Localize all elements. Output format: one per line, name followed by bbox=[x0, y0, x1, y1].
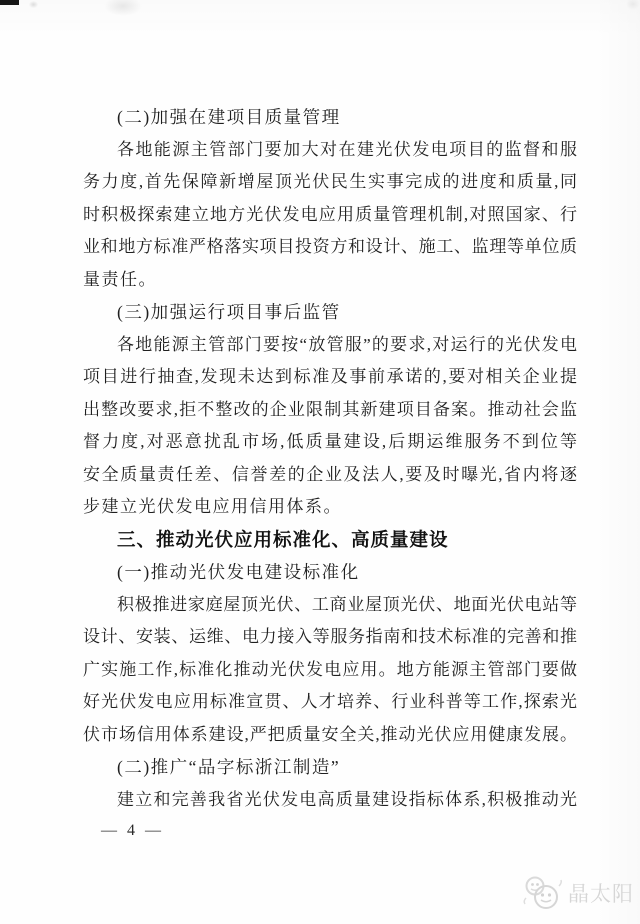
text-line: (二)推广“品字标浙江制造” bbox=[83, 751, 577, 784]
text-line: 步建立光伏发电应用信用体系。 bbox=[83, 491, 577, 524]
text-line: 项目进行抽查,发现未达到标准及事前承诺的,要对相关企业提 bbox=[83, 361, 577, 394]
text-line: (三)加强运行项目事后监管 bbox=[83, 296, 577, 329]
text-line: 各地能源主管部门要按“放管服”的要求,对运行的光伏发电 bbox=[83, 329, 577, 362]
text-line: 三、推动光伏应用标准化、高质量建设 bbox=[83, 524, 577, 557]
document-body: (二)加强在建项目质量管理各地能源主管部门要加大对在建光伏发电项目的监督和服务力… bbox=[83, 101, 577, 816]
scan-artifact-speck-right bbox=[626, 0, 640, 10]
text-line: 督力度,对恶意扰乱市场,低质量建设,后期运维服务不到位等 bbox=[83, 426, 577, 459]
watermark: 晶太阳 bbox=[522, 874, 634, 911]
text-line: (一)推动光伏发电建设标准化 bbox=[83, 556, 577, 589]
text-line: 业和地方标准严格落实项目投资方和设计、施工、监理等单位质 bbox=[83, 231, 577, 264]
scan-artifact-speck bbox=[29, 1, 38, 8]
scan-artifact-black-bar bbox=[0, 0, 19, 5]
sun-logo-icon bbox=[522, 874, 563, 911]
scan-artifact-smudge bbox=[104, 0, 142, 16]
watermark-brand-text: 晶太阳 bbox=[568, 878, 634, 908]
text-line: 时积极探索建立地方光伏发电应用质量管理机制,对照国家、行 bbox=[83, 199, 577, 232]
text-line: 各地能源主管部门要加大对在建光伏发电项目的监督和服 bbox=[83, 134, 577, 167]
scanned-page: (二)加强在建项目质量管理各地能源主管部门要加大对在建光伏发电项目的监督和服务力… bbox=[0, 0, 640, 924]
page-number: — 4 — bbox=[101, 822, 164, 840]
text-line: 出整改要求,拒不整改的企业限制其新建项目备案。推动社会监 bbox=[83, 394, 577, 427]
text-line: 设计、安装、运维、电力接入等服务指南和技术标准的完善和推 bbox=[83, 621, 577, 654]
text-line: 伏市场信用体系建设,严把质量安全关,推动光伏应用健康发展。 bbox=[83, 719, 577, 752]
text-line: 量责任。 bbox=[83, 264, 577, 297]
text-line: 积极推进家庭屋顶光伏、工商业屋顶光伏、地面光伏电站等 bbox=[83, 589, 577, 622]
text-line: 广实施工作,标准化推动光伏发电应用。地方能源主管部门要做 bbox=[83, 654, 577, 687]
text-line: 建立和完善我省光伏发电高质量建设指标体系,积极推动光 bbox=[83, 784, 577, 817]
text-line: 好光伏发电应用标准宣贯、人才培养、行业科普等工作,探索光 bbox=[83, 686, 577, 719]
text-line: (二)加强在建项目质量管理 bbox=[83, 101, 577, 134]
text-line: 务力度,首先保障新增屋顶光伏民生实事完成的进度和质量,同 bbox=[83, 166, 577, 199]
text-line: 安全质量责任差、信誉差的企业及法人,要及时曝光,省内将逐 bbox=[83, 459, 577, 492]
